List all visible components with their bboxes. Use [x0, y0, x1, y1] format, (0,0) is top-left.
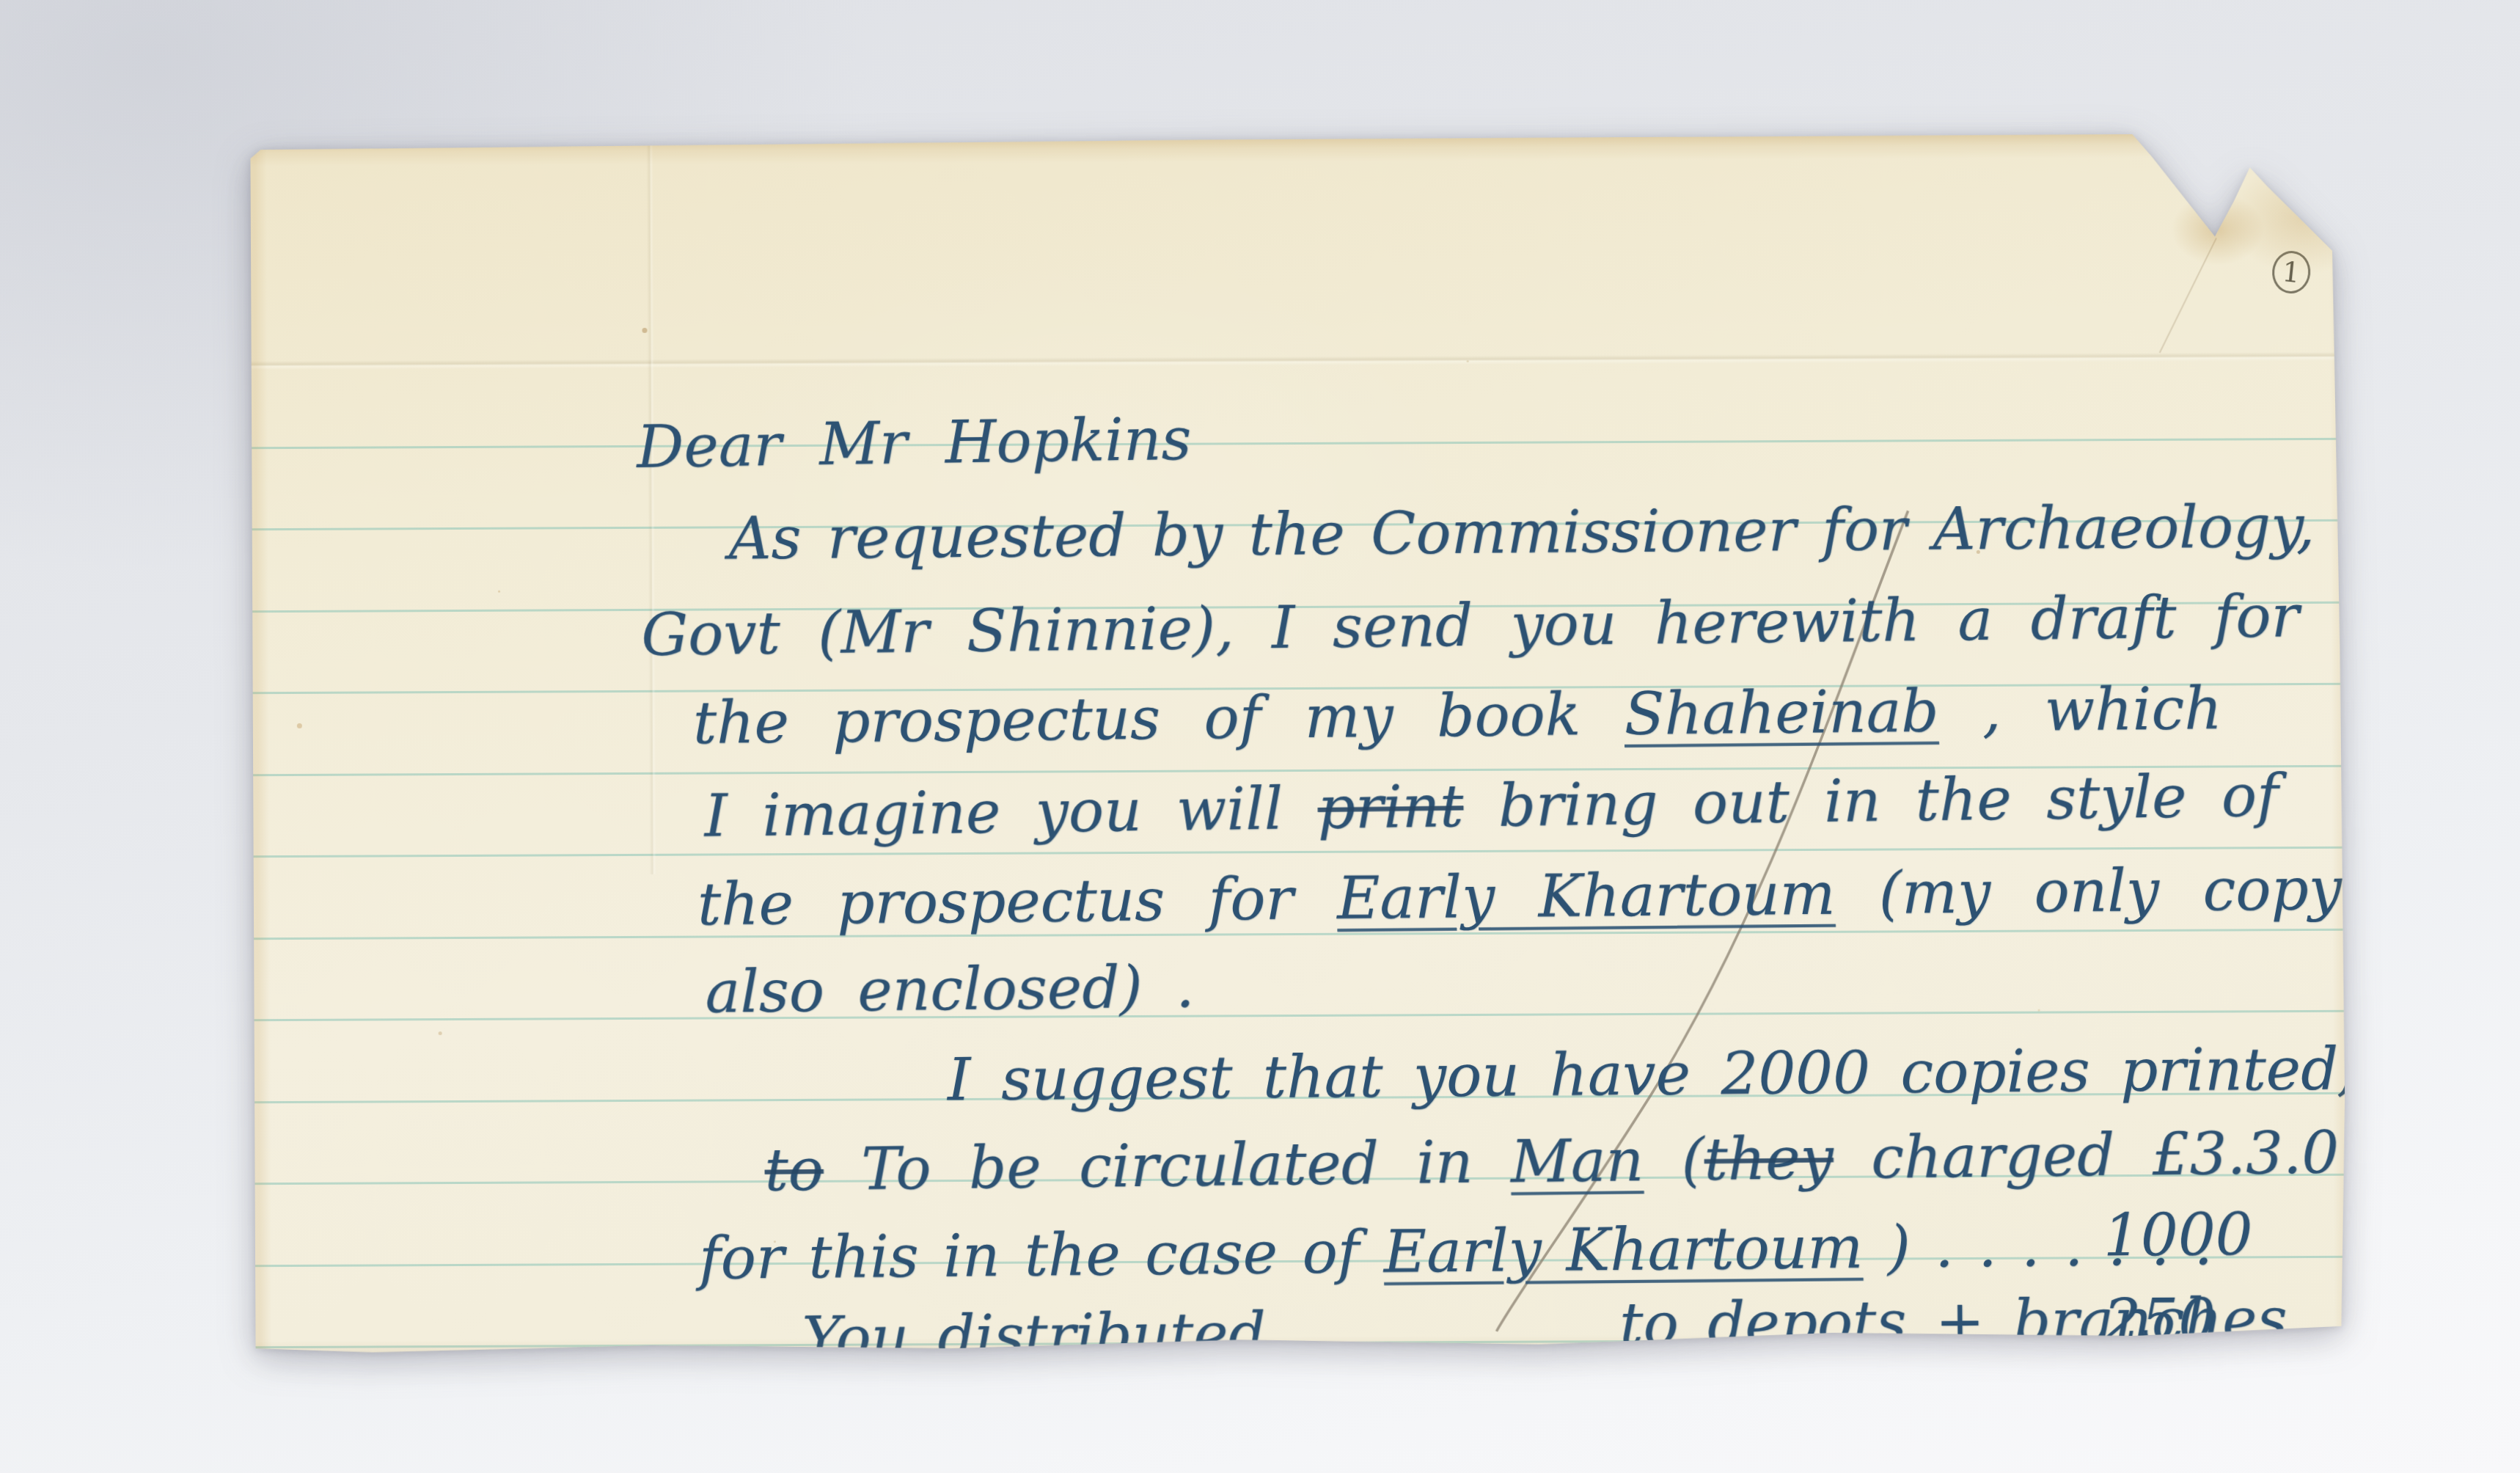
handwritten-text: You distributed	[802, 1300, 1266, 1361]
underlined-title: Early Khartoum	[1337, 860, 1836, 933]
struck-word: they	[1704, 1124, 1834, 1194]
handwritten-text: (my only copy	[1835, 855, 2342, 928]
letter-line-3: Govt (Mr Shinnie), I send you herewith a…	[641, 582, 2300, 669]
letter-line-9: to To be circulated in Man (they charged…	[764, 1119, 2340, 1204]
page-number: 1	[2281, 255, 2301, 289]
letter-line-6: the prospectus for Early Khartoum (my on…	[697, 855, 2343, 939]
handwritten-text: bring out in the style of	[1463, 761, 2279, 841]
handwritten-text: for this in the case of	[699, 1218, 1385, 1293]
letter-line-4: the prospectus of my book Shaheinab , wh…	[692, 675, 2222, 757]
handwritten-text: , which	[1938, 674, 2222, 745]
handwritten-text: To be circulated in	[823, 1127, 1511, 1204]
underlined-title: Early Khartoum	[1383, 1213, 1863, 1286]
handwritten-text: Dear Mr Hopkins	[637, 405, 1193, 481]
underlined-title: Man	[1510, 1126, 1644, 1196]
handwritten-text: the prospectus of my book	[692, 680, 1625, 757]
handwritten-text: As requested by the Commissioner for Arc…	[728, 490, 2345, 572]
photo-background: { "document": { "kind": "handwritten let…	[0, 0, 2520, 1473]
vertical-fold-crease	[646, 141, 656, 874]
handwritten-text: charged £3.3.0	[1833, 1118, 2339, 1192]
letter-line-5: I imagine you will print bring out in th…	[704, 762, 2279, 850]
amount-depots-branches: 250	[2103, 1287, 2216, 1356]
letter-line-11-left: You distributed	[802, 1301, 1266, 1361]
handwritten-text: Govt (Mr Shinnie), I send you herewith a…	[641, 582, 2300, 669]
underlined-title: Shaheinab	[1624, 677, 1939, 748]
paper-specks	[250, 142, 255, 147]
letter-line-10: for this in the case of Early Khartoum )…	[699, 1210, 2213, 1293]
letter-card-wrapper: Dear Mr Hopkins As requested by the Comm…	[250, 134, 2345, 1360]
handwritten-text: (	[1643, 1125, 1704, 1194]
handwritten-text: 250	[2103, 1287, 2216, 1356]
handwritten-text: the prospectus for	[697, 864, 1337, 938]
letter-line-7: also enclosed) .	[705, 953, 1195, 1026]
handwritten-text: 1000	[2103, 1200, 2253, 1270]
handwritten-text: I suggest that you have 2000 copies prin…	[948, 1034, 2346, 1114]
horizontal-fold-crease	[252, 352, 2342, 370]
struck-word: print	[1317, 772, 1464, 842]
page-number-annotation: 1	[2270, 249, 2312, 296]
letter-line-8: I suggest that you have 2000 copies prin…	[948, 1035, 2346, 1114]
letter-line-2: As requested by the Commissioner for Arc…	[728, 491, 2345, 572]
letter-card: Dear Mr Hopkins As requested by the Comm…	[250, 134, 2345, 1360]
handwritten-text: also enclosed) .	[705, 952, 1195, 1026]
amount-man-circulation: 1000	[2103, 1201, 2253, 1270]
handwritten-text: I imagine you will	[704, 774, 1318, 850]
letter-line-salutation: Dear Mr Hopkins	[637, 406, 1193, 481]
struck-word: to	[764, 1136, 824, 1205]
